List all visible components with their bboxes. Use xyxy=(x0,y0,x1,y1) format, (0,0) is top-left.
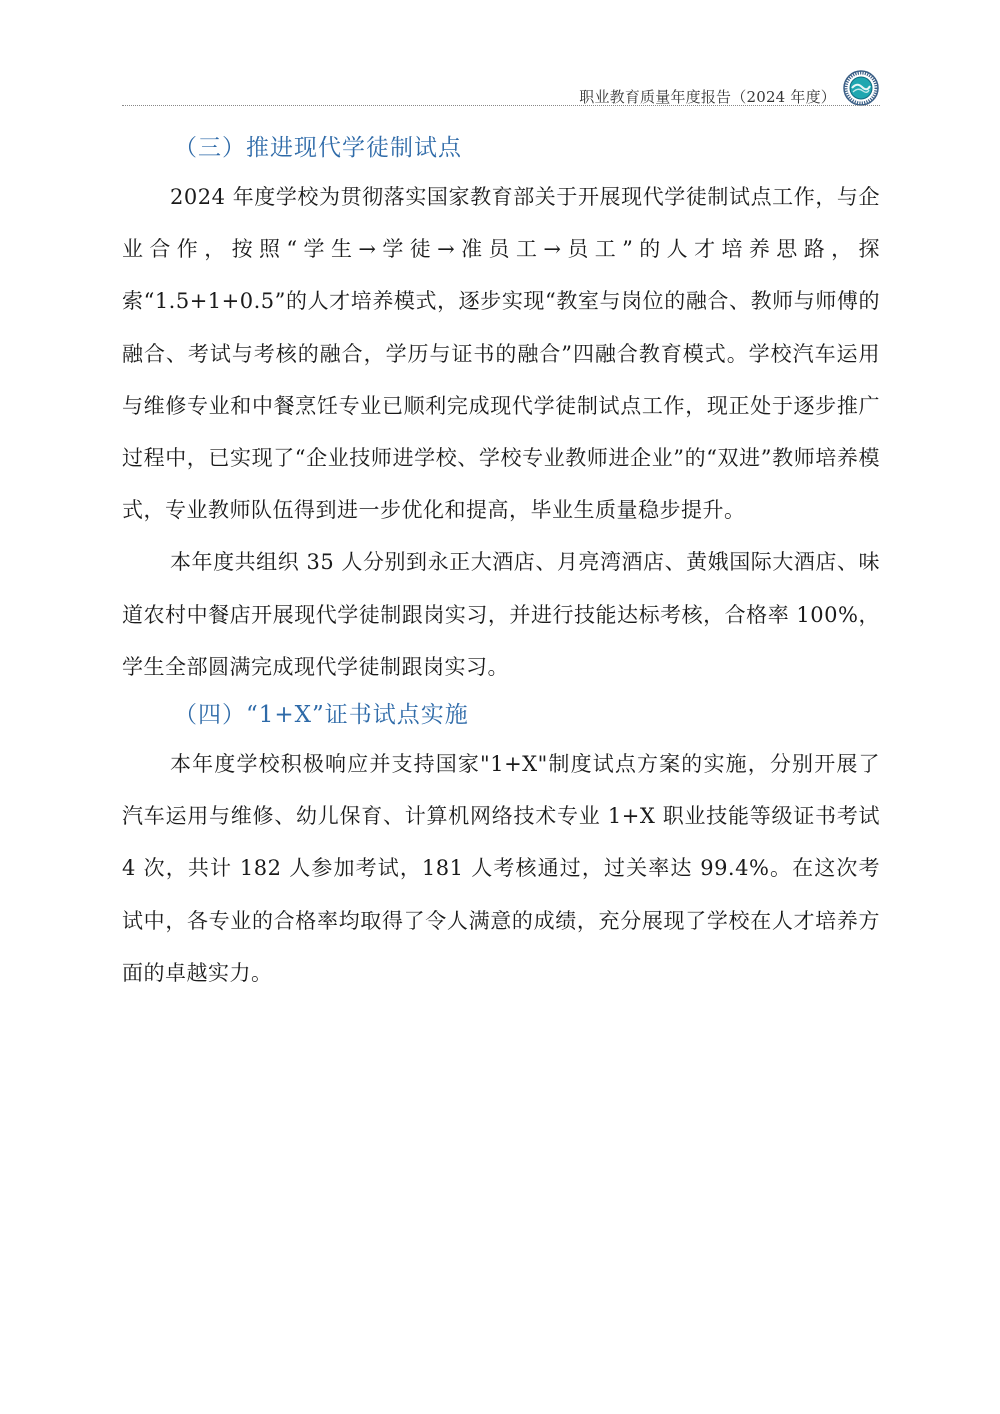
page-header: 职业教育质量年度报告（2024 年度） xyxy=(122,66,880,106)
document-body: （三）推进现代学徒制试点 2024 年度学校为贯彻落实国家教育部关于开展现代学徒… xyxy=(122,128,880,999)
section-heading: （四）“1+X”证书试点实施 xyxy=(122,695,880,735)
report-title: 职业教育质量年度报告（2024 年度） xyxy=(579,86,836,107)
paragraph: 2024 年度学校为贯彻落实国家教育部关于开展现代学徒制试点工作，与企业合作，按… xyxy=(122,171,880,536)
section-heading: （三）推进现代学徒制试点 xyxy=(122,128,880,168)
header-divider xyxy=(122,105,880,106)
paragraph: 本年度共组织 35 人分别到永正大酒店、月亮湾酒店、黄娥国际大酒店、味道农村中餐… xyxy=(122,536,880,693)
paragraph: 本年度学校积极响应并支持国家"1+X"制度试点方案的实施，分别开展了汽车运用与维… xyxy=(122,738,880,999)
school-emblem-icon xyxy=(842,70,880,106)
